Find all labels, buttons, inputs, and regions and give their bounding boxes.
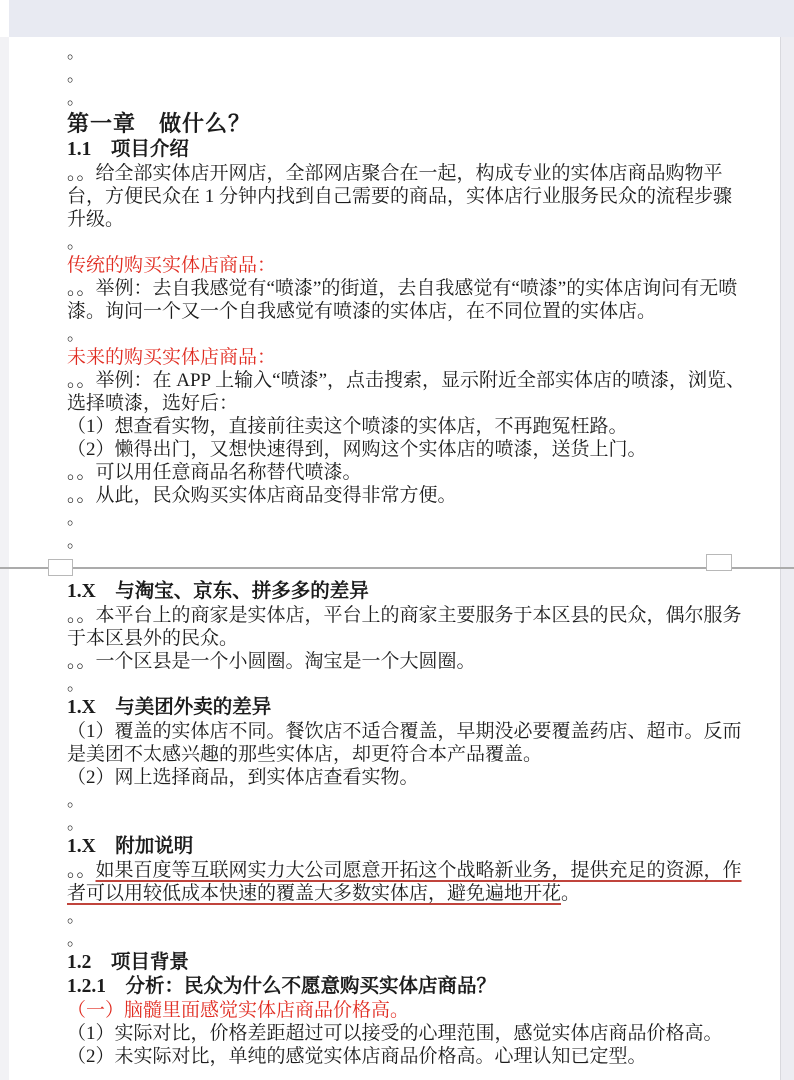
page-break-separator (0, 567, 794, 569)
empty-line: 。 (67, 507, 746, 530)
section-heading: 1.1 项目介绍 (67, 138, 746, 162)
crop-mark-left (48, 559, 73, 576)
empty-line: 。 (67, 789, 746, 812)
workspace-top-margin (9, 0, 794, 37)
paragraph: 。。举例：去自我感觉有“喷漆”的街道，去自我感觉有“喷漆”的实体店询问有无喷漆。… (67, 277, 746, 323)
plain-text: 。 (561, 883, 580, 904)
paragraph: （1）想查看实物，直接前往卖这个喷漆的实体店，不再跑冤枉路。 (67, 415, 746, 438)
chapter-heading: 第一章 做什么？ (67, 110, 746, 138)
page-2-content: 1.X 与淘宝、京东、拼多多的差异。。本平台上的商家是实体店，平台上的商家主要服… (9, 568, 780, 1068)
paragraph: （2）懒得出门，又想快速得到，网购这个实体店的喷漆，送货上门。 (67, 438, 746, 461)
workspace-right-margin (781, 37, 794, 1080)
empty-line: 。 (67, 323, 746, 346)
paragraph: 。。举例：在 APP 上输入“喷漆”，点击搜索，显示附近全部实体店的喷漆，浏览、… (67, 369, 746, 415)
paragraph: 。。本平台上的商家是实体店，平台上的商家主要服务于本区县的民众，偶尔服务于本区县… (67, 604, 746, 650)
red-label: 未来的购买实体店商品： (67, 346, 746, 369)
page-1-content: 。。。第一章 做什么？1.1 项目介绍。。给全部实体店开网店，全部网店聚合在一起… (9, 37, 780, 568)
underlined-paragraph: 。。如果百度等互联网实力大公司愿意开拓这个战略新业务，提供充足的资源，作者可以用… (67, 859, 746, 905)
empty-line: 。 (67, 905, 746, 928)
paragraph: 。。给全部实体店开网店，全部网店聚合在一起，构成专业的实体店商品购物平台，方便民… (67, 162, 746, 231)
empty-line: 。 (67, 928, 746, 951)
section-heading: 1.2.1 分析：民众为什么不愿意购买实体店商品？ (67, 975, 746, 999)
underlined-text: 如果百度等互联网实力大公司愿意开拓这个战略新业务，提供充足的资源，作者可以用较低… (67, 860, 742, 904)
empty-line: 。 (67, 812, 746, 835)
paragraph: （1）实际对比，价格差距超过可以接受的心理范围，感觉实体店商品价格高。 (67, 1022, 746, 1045)
section-heading: 1.X 与淘宝、京东、拼多多的差异 (67, 580, 746, 604)
document-page-area[interactable]: 。。。第一章 做什么？1.1 项目介绍。。给全部实体店开网店，全部网店聚合在一起… (9, 37, 781, 1080)
red-label: 传统的购买实体店商品： (67, 254, 746, 277)
empty-line: 。 (67, 41, 746, 64)
section-heading: 1.2 项目背景 (67, 951, 746, 975)
section-heading: 1.X 附加说明 (67, 835, 746, 859)
section-heading: 1.X 与美团外卖的差异 (67, 696, 746, 720)
empty-line: 。 (67, 530, 746, 553)
red-label: （一）脑髓里面感觉实体店商品价格高。 (67, 999, 746, 1022)
empty-line: 。 (67, 673, 746, 696)
workspace-left-margin (0, 37, 9, 1080)
crop-mark-right (706, 554, 732, 571)
empty-line: 。 (67, 87, 746, 110)
empty-line: 。 (67, 64, 746, 87)
paragraph: 。。可以用任意商品名称替代喷漆。 (67, 461, 746, 484)
empty-line: 。 (67, 231, 746, 254)
paragraph: （1）覆盖的实体店不同。餐饮店不适合覆盖，早期没必要覆盖药店、超市。反而是美团不… (67, 720, 746, 766)
paragraph: （2）网上选择商品，到实体店查看实物。 (67, 766, 746, 789)
paragraph: （2）未实际对比，单纯的感觉实体店商品价格高。心理认知已定型。 (67, 1045, 746, 1068)
paragraph: 。。一个区县是一个小圆圈。淘宝是一个大圆圈。 (67, 650, 746, 673)
paragraph: 。。从此，民众购买实体店商品变得非常方便。 (67, 484, 746, 507)
plain-text: 。。 (67, 860, 96, 881)
